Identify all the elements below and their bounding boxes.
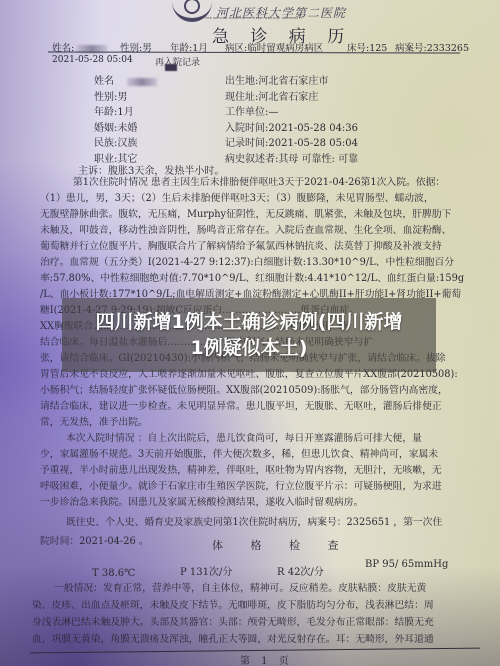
- text-line: 未触及，叩鼓音，移动性浊音阴性，肠鸣音正常存在。入院后查血常规、生化全项、血淀粉…: [40, 223, 478, 239]
- info-history-narrator: 病史叙述者:其母 可靠性: 可靠: [225, 150, 358, 165]
- text-line: 呼吸困难，小便量少。就诊于石家庄市生殖医学医院，行立位腹平片示：可疑肠梗阻，为求…: [40, 479, 478, 495]
- text-line: 率:57.80%、中性粒细胞绝对值:7.70*10^9/L、红细胞计数:4.41…: [40, 271, 478, 287]
- vital-respiration: R 42次/分: [277, 563, 324, 578]
- info-ethnicity: 民族:汉族: [94, 134, 137, 149]
- text-line: 常，无发热，准予出院。: [40, 415, 478, 431]
- general-exam-section: 一般情况：发育正常，营养中等，自主体位，精神可。反应稍差。皮肤粘膜：皮肤无黄 染…: [32, 580, 470, 648]
- text-line: 予重视，半小时前患儿出现发热，精神差，伴呕吐，呕吐物为胃内容物，无胆汁，无咳嗽，…: [40, 463, 478, 479]
- text-line: 少，家属灌肠不规范。3天前开始腹胀，伴大便次数多，稀，但患儿饮食、精神尚可，家属…: [40, 447, 478, 463]
- record-timestamp: 2021-05-28 05:04: [52, 55, 133, 65]
- info-birthplace: 出生地:河北省石家庄市: [225, 72, 328, 87]
- text-line: 染、皮疹、出血点及瘀斑，未触及皮下结节。无咖啡斑，皮下脂肪均匀分布，浅表淋巴结：…: [32, 597, 470, 614]
- vital-pulse: P 131次/分: [180, 563, 232, 578]
- text-line: 第1次住院时情况 患者主因生后未排胎便伴呕吐3天于2021-04-26第1次入院…: [40, 175, 478, 191]
- text-line: （1）患儿，男，3天；（2）生后未排胎便伴呕吐3天；（3）腹膨隆，未见胃肠型、蠕…: [40, 191, 478, 207]
- info-gender: 性别:男: [94, 88, 127, 103]
- info-admission-time: 入院时间:2021-05-28 04:36: [225, 119, 358, 134]
- info-name: 姓名: [94, 72, 157, 87]
- physical-exam-title: 体 格 检 查: [212, 537, 351, 553]
- text-line: 小肠积气；结肠轻度扩张怀疑低位肠梗阻。XX腹部(20210509):肠胀气，部分…: [40, 383, 478, 399]
- text-line: 治疗。血常规（五分类）I(2021-4-27 9:12:37):白细胞计数:13…: [40, 255, 478, 271]
- text-line: 无腹壁静脉曲张。腹软，无压痛，Murphy征阴性，无反跳痛、肌紧张，未触及包块，…: [40, 207, 478, 223]
- info-record-time: 记录时间:2021-05-28 05:04: [225, 134, 358, 149]
- info-employer: 工作单位:—: [225, 103, 278, 118]
- text-line: 请结合临床，建议进一步检查。未见明显异常。患儿腹平坦，无腹胀、无呕吐，灌肠后排便…: [40, 399, 478, 415]
- info-name-label: 姓名: [94, 76, 114, 87]
- current-admission-section: 本次入院时情况 ：自上次出院后，患儿饮食尚可，每日开塞露灌肠后可排大便，量 少，…: [40, 431, 478, 511]
- medical-record-page: 河北医科大学第二医院 THE SECOND HOSPITAL OF HEBEI …: [0, 0, 500, 666]
- hospital-name-en: THE SECOND HOSPITAL OF HEBEI MEDICAL UNI…: [205, 16, 303, 20]
- text-line: 血，巩膜无黄染，角膜无溃疡及浑浊，瞳孔正大等圆，对光反射存在。耳：无畸形，外耳道…: [32, 631, 470, 648]
- vital-temperature: T 38.6℃: [92, 568, 135, 579]
- text-line: 一般情况：发育正常，营养中等，自主体位，精神可。反应稍差。皮肤粘膜：皮肤无黄: [32, 580, 470, 597]
- text-line: 身浅表淋巴结未触及肿大。头部及其器官：头部：颅骨无畸形，毛发分布正常眼部：结膜无…: [32, 614, 470, 631]
- vital-blood-pressure: BP 95/ 65mmHg: [365, 559, 448, 570]
- info-marital: 婚姻:未婚: [94, 119, 137, 134]
- text-line: 一步诊治急来我院。因患儿及家属无核酸检测结果，遂收入临时留观病房。: [40, 495, 478, 511]
- redaction-mark: [165, 64, 177, 71]
- news-headline-overlay: 四川新增1例本土确诊病例(四川新增 1例疑似本土): [62, 298, 436, 372]
- record-type: 再入院记录: [155, 55, 200, 68]
- headline-line-2: 1例疑似本土): [191, 335, 308, 361]
- info-age: 年龄:1月: [94, 103, 134, 118]
- text-line: 本次入院时情况 ：自上次出院后，患儿饮食尚可，每日开塞露灌肠后可排大便，量: [40, 431, 478, 447]
- headline-line-1: 四川新增1例本土确诊病例(四川新增: [96, 309, 403, 335]
- redacted-patient-name: [127, 78, 157, 86]
- text-line: 葡萄糖并行立位腹平片、胸腹联合片了解病情给予氟氯西林钠抗炎、法莫替丁抑酸及补液支…: [40, 239, 478, 255]
- text-line: 既往史、个人史、婚育史及家族史同第1次住院时病历，病案号：2325651 ，第一…: [40, 513, 478, 532]
- page-number: 第 1 页: [240, 652, 293, 666]
- info-address: 现住址:河北省石家庄: [225, 88, 318, 103]
- record-type-label: 再入院记录: [155, 58, 200, 68]
